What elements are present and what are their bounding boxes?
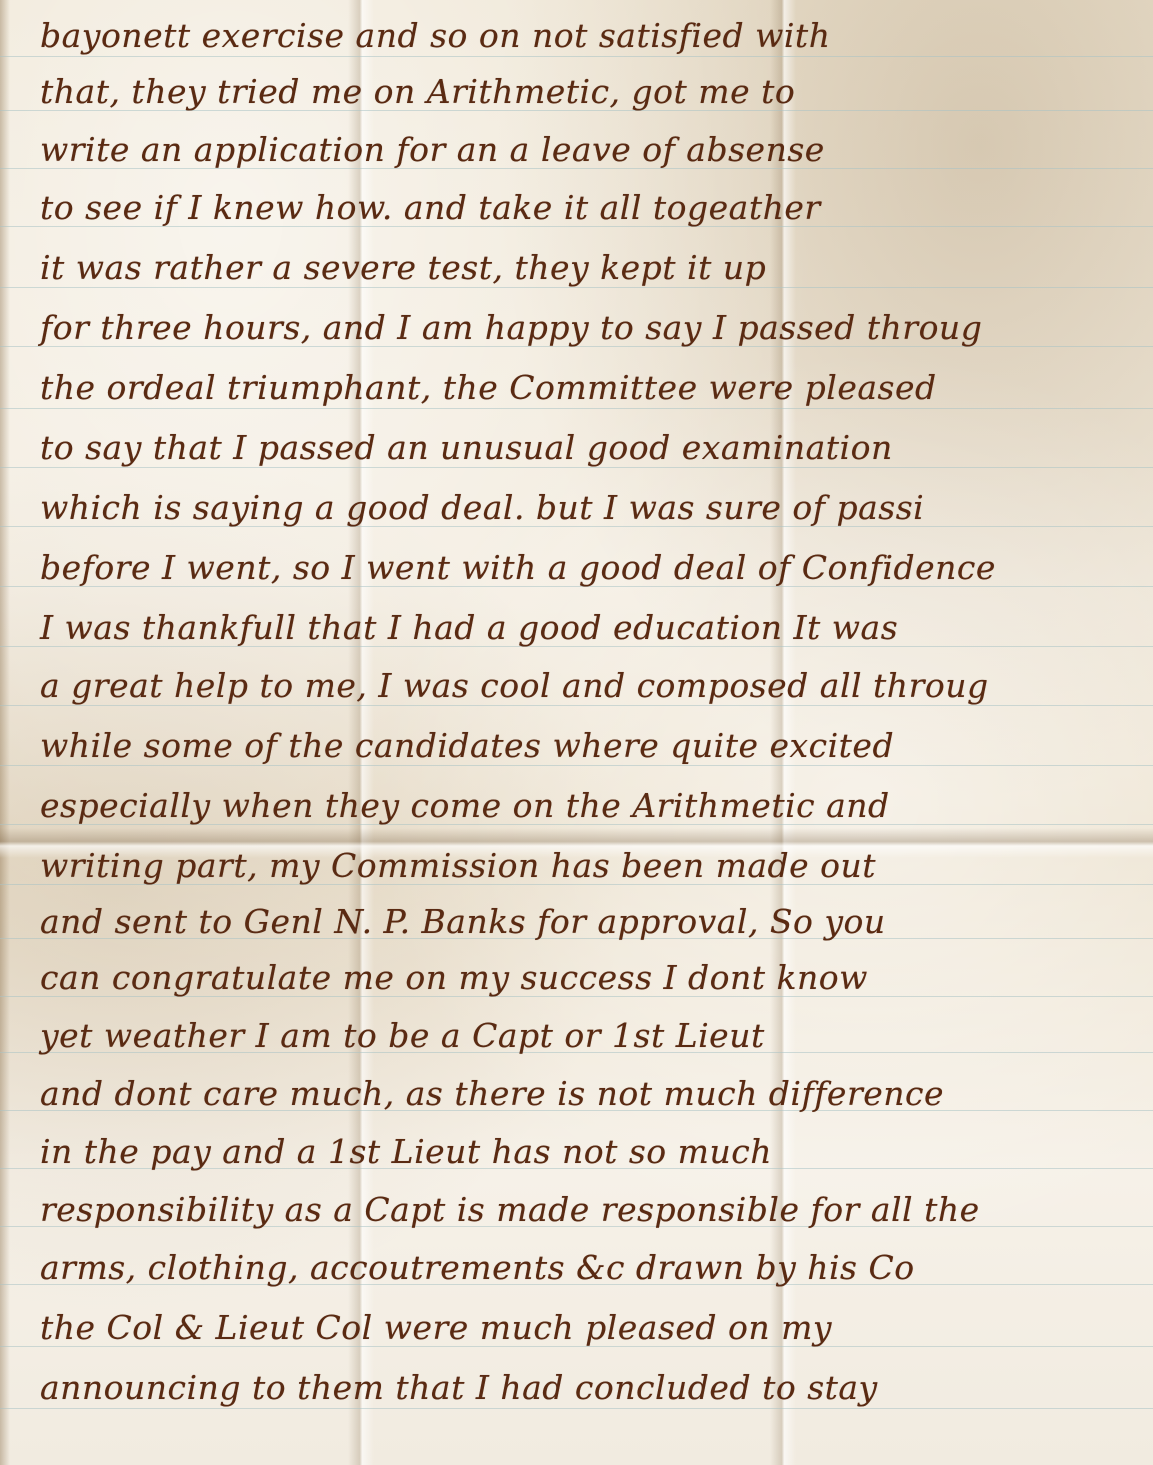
- letter-line: to say that I passed an unusual good exa…: [40, 422, 893, 474]
- letter-line: writing part, my Commission has been mad…: [40, 840, 876, 892]
- letter-line: for three hours, and I am happy to say I…: [40, 302, 982, 354]
- letter-line: announcing to them that I had concluded …: [40, 1362, 878, 1414]
- letter-line: write an application for an a leave of a…: [40, 124, 825, 176]
- letter-line: in the pay and a 1st Lieut has not so mu…: [40, 1126, 772, 1178]
- letter-line: a great help to me, I was cool and compo…: [40, 660, 989, 712]
- letter-line: which is saying a good deal. but I was s…: [40, 482, 924, 534]
- letter-line: that, they tried me on Arithmetic, got m…: [40, 66, 795, 118]
- letter-line: responsibility as a Capt is made respons…: [40, 1184, 980, 1236]
- letter-page: bayonett exercise and so on not satisfie…: [0, 0, 1153, 1465]
- paper-edge: [0, 0, 10, 1465]
- letter-line: it was rather a severe test, they kept i…: [40, 242, 766, 294]
- letter-line: and dont care much, as there is not much…: [40, 1068, 944, 1120]
- letter-line: yet weather I am to be a Capt or 1st Lie…: [40, 1010, 765, 1062]
- letter-line: to see if I knew how. and take it all to…: [40, 182, 821, 234]
- letter-line: arms, clothing, accoutrements &c drawn b…: [40, 1242, 915, 1294]
- letter-line: and sent to Genl N. P. Banks for approva…: [40, 896, 886, 948]
- letter-line: while some of the candidates where quite…: [40, 720, 894, 772]
- letter-line: the Col & Lieut Col were much pleased on…: [40, 1302, 832, 1354]
- letter-line: the ordeal triumphant, the Committee wer…: [40, 362, 937, 414]
- letter-line: especially when they come on the Arithme…: [40, 780, 890, 832]
- letter-line: I was thankfull that I had a good educat…: [40, 602, 898, 654]
- letter-line: before I went, so I went with a good dea…: [40, 542, 996, 594]
- letter-line: can congratulate me on my success I dont…: [40, 952, 868, 1004]
- letter-line: bayonett exercise and so on not satisfie…: [40, 10, 830, 62]
